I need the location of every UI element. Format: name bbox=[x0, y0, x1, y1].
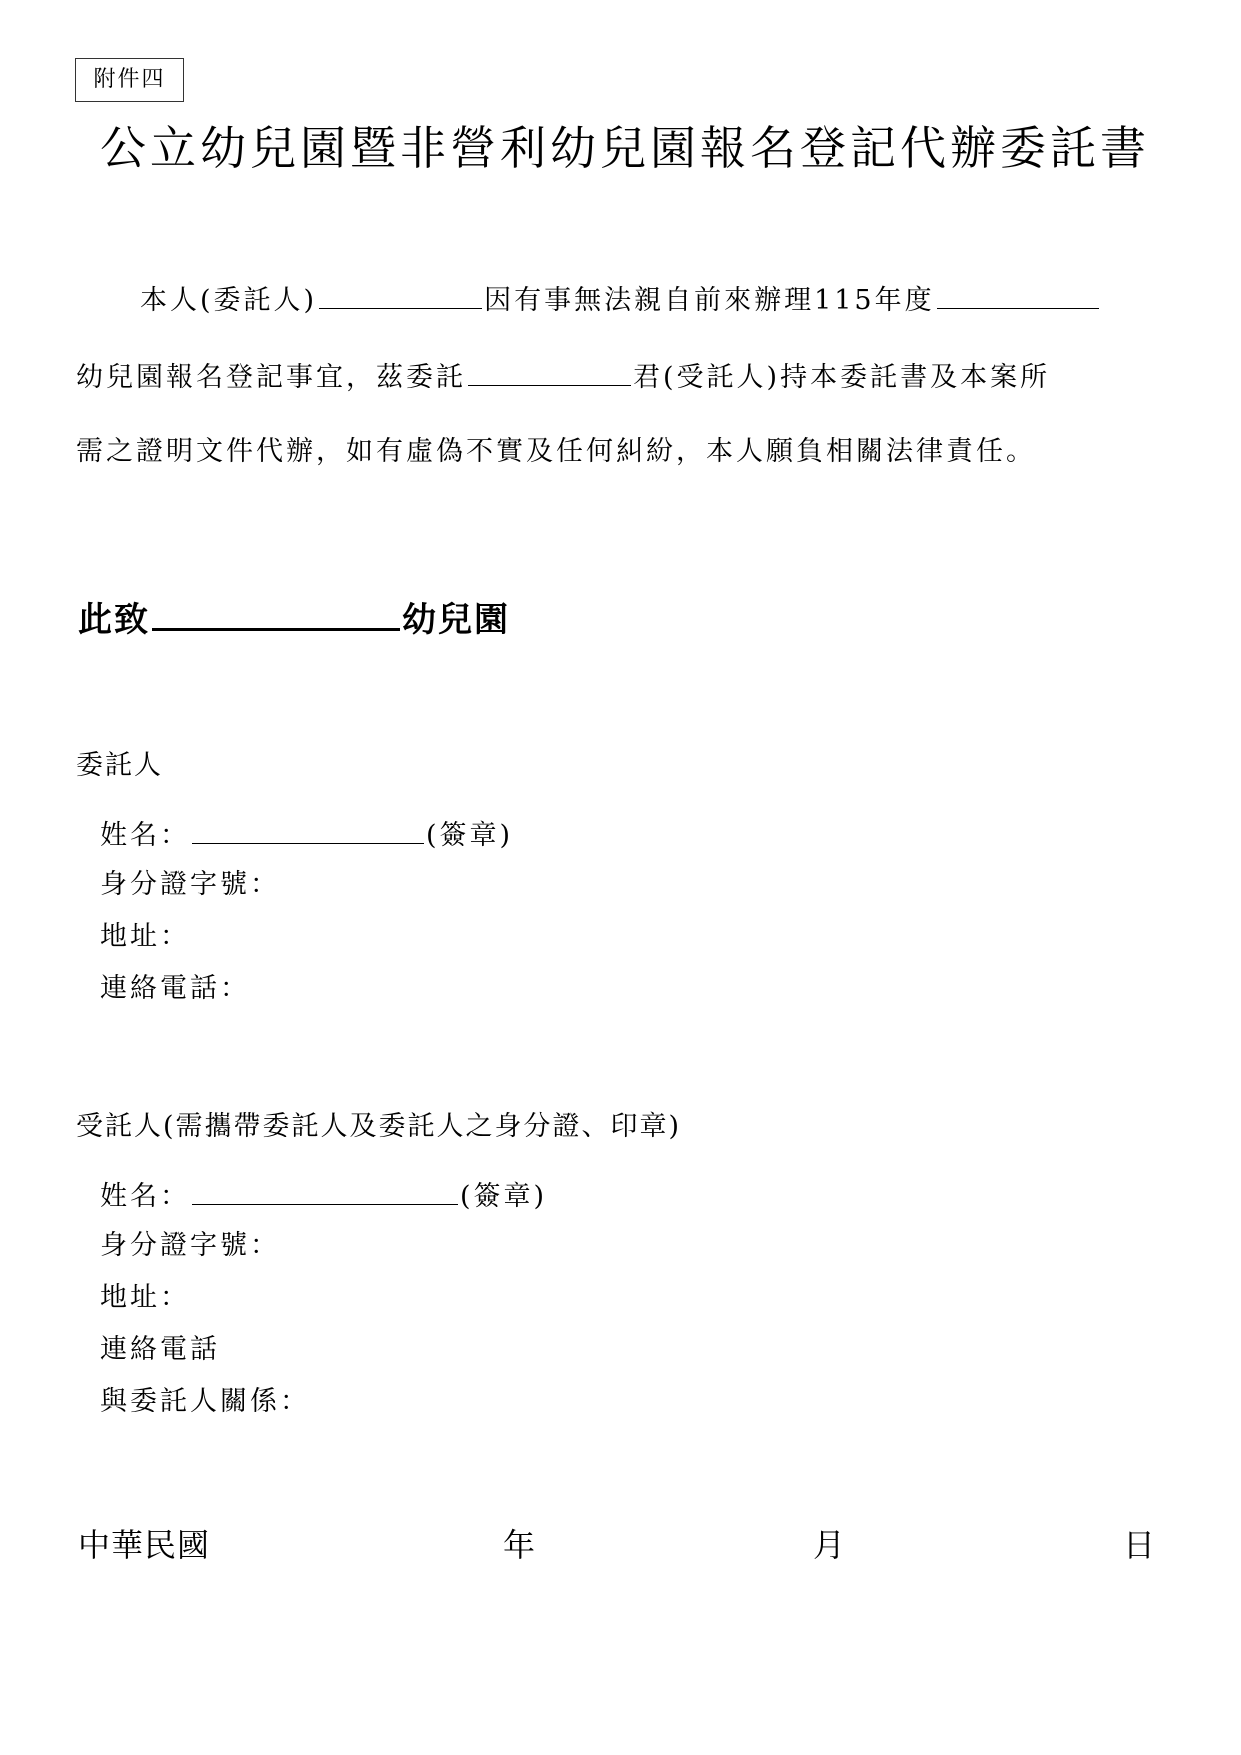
agent-name-blank[interactable] bbox=[468, 355, 631, 386]
date-era: 中華民國 bbox=[78, 1523, 210, 1567]
addressee-line: 此致幼兒園 bbox=[78, 590, 510, 644]
date-month: 月 bbox=[813, 1523, 846, 1567]
agent-name-label: 姓名： bbox=[100, 1181, 190, 1212]
agent-signature-note: (簽章) bbox=[460, 1181, 547, 1212]
agent-phone-field: 連絡電話 bbox=[100, 1330, 220, 1370]
principal-name-label: 姓名： bbox=[100, 820, 190, 851]
principal-name-input[interactable] bbox=[192, 813, 424, 844]
principal-address-field: 地址： bbox=[100, 917, 190, 957]
line1-middle: 因有事無法親自前來辦理115年度 bbox=[484, 285, 935, 316]
agent-relation-field: 與委託人關係： bbox=[100, 1382, 310, 1422]
principal-name-field: 姓名：(簽章) bbox=[100, 813, 513, 856]
agent-heading: 受託人(需攜帶委託人及委託人之身分證、印章) bbox=[76, 1107, 681, 1147]
agent-name-field: 姓名：(簽章) bbox=[100, 1174, 547, 1217]
principal-name-blank[interactable] bbox=[319, 278, 482, 309]
date-year: 年 bbox=[503, 1523, 536, 1567]
line2-prefix: 幼兒園報名登記事宜，茲委託 bbox=[76, 362, 466, 393]
principal-signature-note: (簽章) bbox=[426, 820, 513, 851]
paragraph-line-3: 需之證明文件代辦，如有虛偽不實及任何糾紛，本人願負相關法律責任。 bbox=[76, 432, 1036, 472]
principal-phone-field: 連絡電話： bbox=[100, 969, 250, 1009]
agent-name-input[interactable] bbox=[192, 1174, 458, 1205]
kindergarten-type-blank[interactable] bbox=[937, 278, 1099, 309]
agent-address-field: 地址： bbox=[100, 1278, 190, 1318]
kindergarten-name-blank[interactable] bbox=[152, 590, 400, 631]
addressee-suffix: 幼兒園 bbox=[402, 600, 510, 640]
addressee-prefix: 此致 bbox=[78, 600, 150, 640]
line1-prefix: 本人(委託人) bbox=[140, 285, 317, 316]
agent-id-field: 身分證字號： bbox=[100, 1226, 280, 1266]
principal-heading: 委託人 bbox=[76, 746, 163, 786]
line2-suffix: 君(受託人)持本委託書及本案所 bbox=[633, 362, 1050, 393]
principal-id-field: 身分證字號： bbox=[100, 865, 280, 905]
date-day: 日 bbox=[1123, 1523, 1156, 1567]
attachment-label: 附件四 bbox=[75, 58, 184, 102]
document-title: 公立幼兒園暨非營利幼兒園報名登記代辦委託書 bbox=[100, 118, 1160, 178]
paragraph-line-2: 幼兒園報名登記事宜，茲委託君(受託人)持本委託書及本案所 bbox=[76, 355, 1050, 398]
paragraph-line-1: 本人(委託人)因有事無法親自前來辦理115年度 bbox=[140, 278, 1101, 321]
